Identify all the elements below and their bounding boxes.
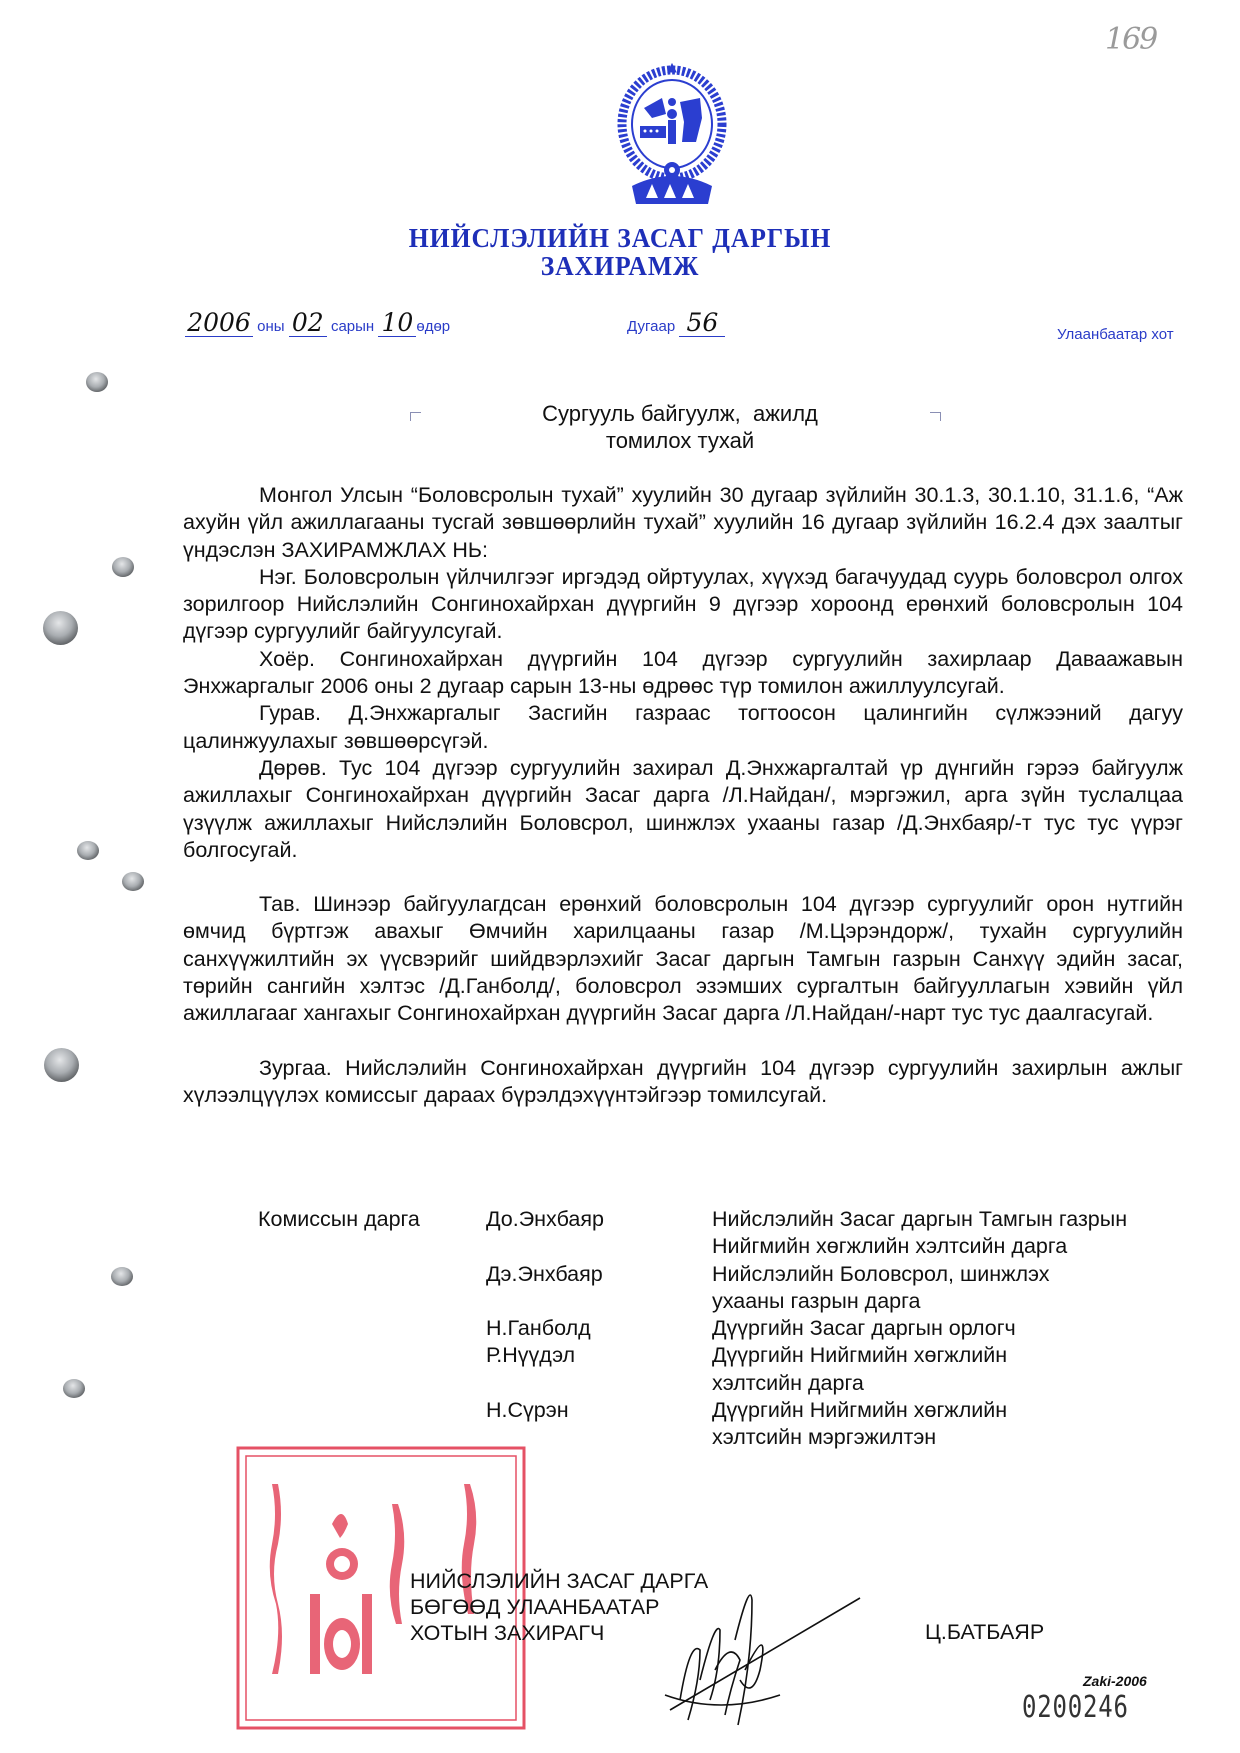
document-number: Дугаар 56 <box>627 310 725 337</box>
committee-chair-label: Комиссын дарга <box>258 1206 486 1261</box>
clause-4: Дөрөв. Тус 104 дүгээр сургуулийн захирал… <box>183 755 1183 864</box>
punch-hole <box>112 557 134 577</box>
number-label: Дугаар <box>627 318 675 335</box>
member-name: Р.Нүүдэл <box>486 1342 712 1397</box>
subject-line1: Сургууль байгуулж, ажилд <box>430 400 930 427</box>
committee-row: Комиссын дарга До.Энхбаяр Нийслэлийн Зас… <box>258 1206 1178 1261</box>
punch-hole <box>122 872 144 891</box>
member-position: Дүүргийн Нийгмийн хөгжлийн хэлтсийн мэрг… <box>712 1397 1092 1452</box>
member-name: Н.Ганболд <box>486 1315 712 1342</box>
member-name: До.Энхбаяр <box>486 1206 712 1261</box>
date-day: 10 <box>378 310 416 337</box>
subject-bracket-right <box>930 412 941 421</box>
clause-6: Зургаа. Нийслэлийн Сонгинохайрхан дүүрги… <box>183 1055 1183 1110</box>
member-name: Дэ.Энхбаяр <box>486 1261 712 1316</box>
mongolia-state-emblem-icon <box>612 58 732 210</box>
committee-row: Р.Нүүдэл Дүүргийн Нийгмийн хөгжлийн хэлт… <box>258 1342 1178 1397</box>
number-value: 56 <box>679 310 725 337</box>
punch-hole <box>111 1267 133 1286</box>
date-day-label: өдөр <box>416 318 450 335</box>
subject-line2: томилох тухай <box>430 427 930 454</box>
punch-hole <box>44 1048 79 1082</box>
clause-1: Нэг. Боловсролын үйлчилгээг иргэдэд ойрт… <box>183 564 1183 646</box>
preamble-paragraph: Монгол Улсын “Боловсролын тухай” хуулийн… <box>183 482 1183 564</box>
document-body: Монгол Улсын “Боловсролын тухай” хуулийн… <box>183 482 1183 1109</box>
date-month: 02 <box>289 310 327 337</box>
member-position: Дүүргийн Нийгмийн хөгжлийн хэлтсийн дарг… <box>712 1342 1092 1397</box>
punch-hole <box>86 372 108 392</box>
document-date: 2006 оны 02 сарын 10өдөр <box>185 310 450 337</box>
punch-hole <box>77 841 99 860</box>
page-number: 169 <box>1105 22 1156 57</box>
org-title-line2: ЗАХИРАМЖ <box>31 252 1209 280</box>
punch-hole <box>43 611 78 645</box>
member-position: Нийслэлийн Засаг даргын Тамгын газрын Ни… <box>712 1206 1152 1261</box>
member-position: Нийслэлийн Боловсрол, шинжлэх ухааны газ… <box>712 1261 1112 1316</box>
subject-bracket-left <box>410 412 421 421</box>
handwritten-signature-icon <box>660 1580 880 1730</box>
org-title-line1: НИЙСЛЭЛИЙН ЗАСАГ ДАРГЫН <box>31 224 1209 252</box>
clause-2: Хоёр. Сонгинохайрхан дүүргийн 104 дүгээр… <box>183 646 1183 701</box>
date-month-label: сарын <box>331 318 374 335</box>
punch-hole <box>63 1379 85 1398</box>
date-year: 2006 <box>185 310 253 337</box>
signer-name: Ц.БАТБАЯР <box>925 1620 1044 1645</box>
committee-list: Комиссын дарга До.Энхбаяр Нийслэлийн Зас… <box>258 1206 1178 1452</box>
document-tag: Zaki-2006 <box>1083 1673 1147 1689</box>
document-city: Улаанбаатар хот <box>1057 326 1174 343</box>
member-position: Дүүргийн Засаг даргын орлогч <box>712 1315 1152 1342</box>
document-meta: 2006 оны 02 сарын 10өдөр Дугаар 56 Улаан… <box>0 310 1240 350</box>
document-subject: Сургууль байгуулж, ажилд томилох тухай <box>430 400 930 454</box>
committee-row: Н.Ганболд Дүүргийн Засаг даргын орлогч <box>258 1315 1178 1342</box>
committee-row: Дэ.Энхбаяр Нийслэлийн Боловсрол, шинжлэх… <box>258 1261 1178 1316</box>
clause-3: Гурав. Д.Энхжаргалыг Засгийн газраас тог… <box>183 700 1183 755</box>
organization-title: НИЙСЛЭЛИЙН ЗАСАГ ДАРГЫН ЗАХИРАМЖ <box>31 224 1209 280</box>
serial-number: 0200246 <box>1022 1690 1129 1725</box>
clause-5: Тав. Шинээр байгуулагдсан ерөнхий боловс… <box>183 891 1183 1027</box>
date-year-label: оны <box>257 318 284 335</box>
